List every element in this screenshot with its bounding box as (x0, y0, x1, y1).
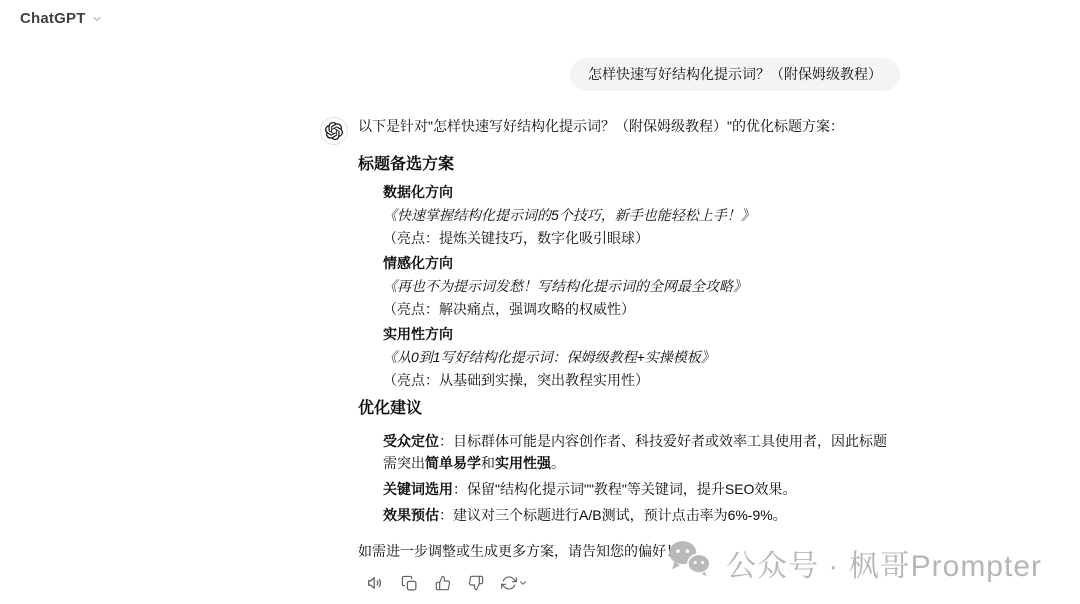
option-title: 《再也不为提示词发愁！写结构化提示词的全网最全攻略》 (383, 275, 900, 298)
read-aloud-button[interactable] (364, 572, 386, 594)
user-message-bubble: 怎样快速写好结构化提示词？（附保姆级教程） (570, 58, 900, 91)
option-direction: 实用性方向 (383, 323, 900, 346)
openai-logo-icon (320, 117, 348, 145)
wechat-icon (667, 537, 713, 588)
option-title: 《从0到1写好结构化提示词：保姆级教程+实操模板》 (383, 346, 900, 369)
option-direction: 数据化方向 (383, 181, 900, 204)
good-response-button[interactable] (433, 573, 453, 593)
assistant-message: 以下是针对"怎样快速写好结构化提示词？（附保姆级教程）"的优化标题方案： 标题备… (358, 115, 900, 594)
title-option-practical: 实用性方向 《从0到1写好结构化提示词：保姆级教程+实操模板》 （亮点：从基础到… (383, 323, 900, 392)
user-message-row: 怎样快速写好结构化提示词？（附保姆级教程） (320, 58, 900, 91)
model-selector[interactable]: ChatGPT (20, 10, 103, 27)
copy-icon (401, 575, 418, 592)
thumbs-down-icon (468, 575, 484, 591)
option-note: （亮点：解决痛点，强调攻略的权威性） (383, 298, 900, 321)
suggestion-keywords: 关键词选用：保留"结构化提示词""教程"等关键词，提升SEO效果。 (383, 478, 900, 500)
suggestions-list: 受众定位：目标群体可能是内容创作者、科技爱好者或效率工具使用者，因此标题需突出简… (358, 430, 900, 526)
assistant-message-row: 以下是针对"怎样快速写好结构化提示词？（附保姆级教程）"的优化标题方案： 标题备… (320, 115, 900, 594)
regenerate-icon (501, 575, 517, 591)
option-title: 《快速掌握结构化提示词的5个技巧，新手也能轻松上手！》 (383, 204, 900, 227)
option-note: （亮点：从基础到实操，突出教程实用性） (383, 369, 900, 392)
thumbs-up-icon (435, 575, 451, 591)
titles-heading: 标题备选方案 (358, 154, 900, 176)
option-note: （亮点：提炼关键技巧，数字化吸引眼球） (383, 227, 900, 250)
bad-response-button[interactable] (466, 573, 486, 593)
copy-button[interactable] (399, 573, 420, 594)
chevron-down-icon (518, 578, 528, 588)
regenerate-button[interactable] (499, 573, 530, 593)
watermark: 公众号 · 枫哥Prompter (667, 537, 1042, 588)
conversation: 怎样快速写好结构化提示词？（附保姆级教程） 以下是针对"怎样快速写好结构化提示词… (320, 58, 900, 594)
app-title: ChatGPT (20, 10, 86, 27)
title-options-list: 数据化方向 《快速掌握结构化提示词的5个技巧，新手也能轻松上手！》 （亮点：提炼… (358, 181, 900, 392)
suggestion-forecast: 效果预估：建议对三个标题进行A/B测试，预计点击率为6%-9%。 (383, 504, 900, 526)
suggestion-audience: 受众定位：目标群体可能是内容创作者、科技爱好者或效率工具使用者，因此标题需突出简… (383, 430, 900, 474)
title-option-data: 数据化方向 《快速掌握结构化提示词的5个技巧，新手也能轻松上手！》 （亮点：提炼… (383, 181, 900, 250)
chevron-down-icon (91, 13, 103, 25)
title-option-emotion: 情感化方向 《再也不为提示词发愁！写结构化提示词的全网最全攻略》 （亮点：解决痛… (383, 252, 900, 321)
assistant-intro: 以下是针对"怎样快速写好结构化提示词？（附保姆级教程）"的优化标题方案： (358, 115, 900, 137)
suggestions-heading: 优化建议 (358, 398, 900, 420)
watermark-text: 公众号 · 枫哥Prompter (726, 541, 1042, 585)
option-direction: 情感化方向 (383, 252, 900, 275)
speaker-icon (366, 574, 384, 592)
